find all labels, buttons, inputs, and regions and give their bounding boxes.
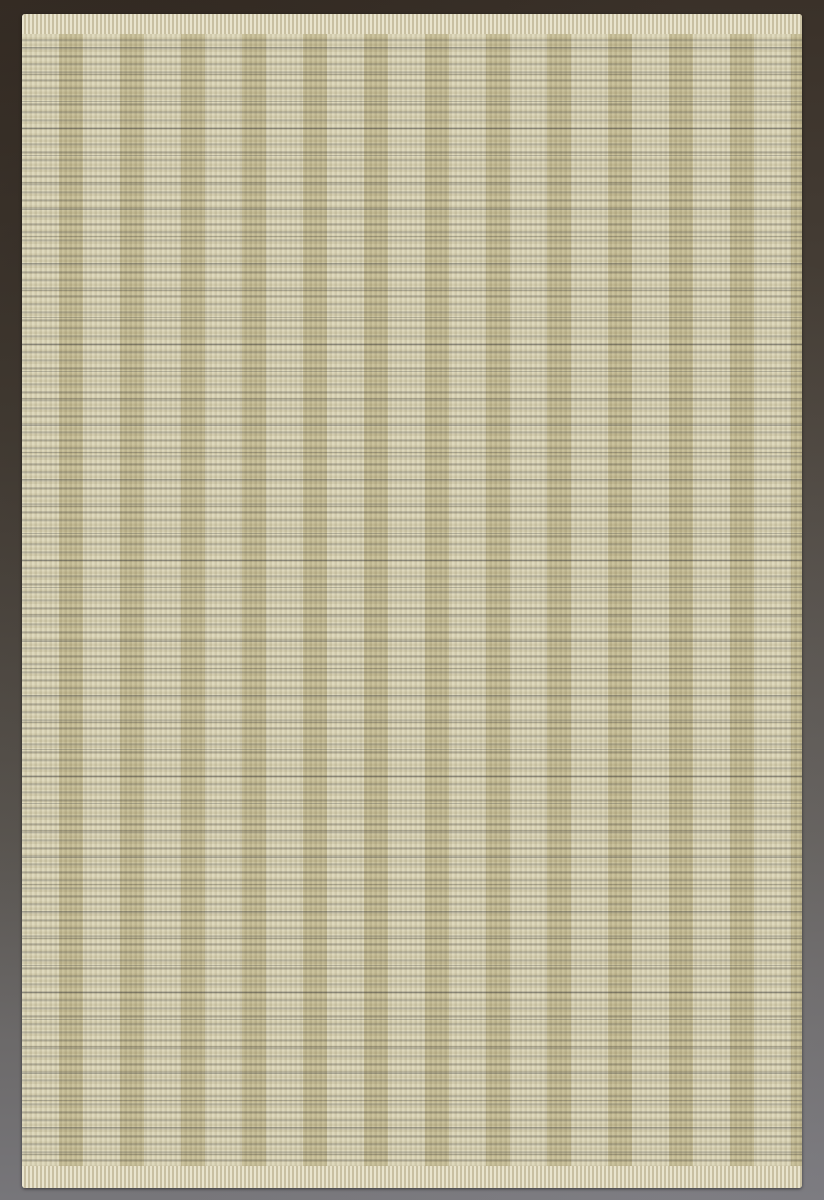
image-description: Photograph of a rectangular cream/ivory … — [0, 0, 1, 1]
rug-top-binding — [22, 14, 802, 36]
photo-scene: Photograph of a rectangular cream/ivory … — [0, 0, 824, 1200]
rug-bottom-binding — [22, 1166, 802, 1188]
rug-woven-field — [22, 34, 802, 1166]
rug — [22, 14, 802, 1188]
